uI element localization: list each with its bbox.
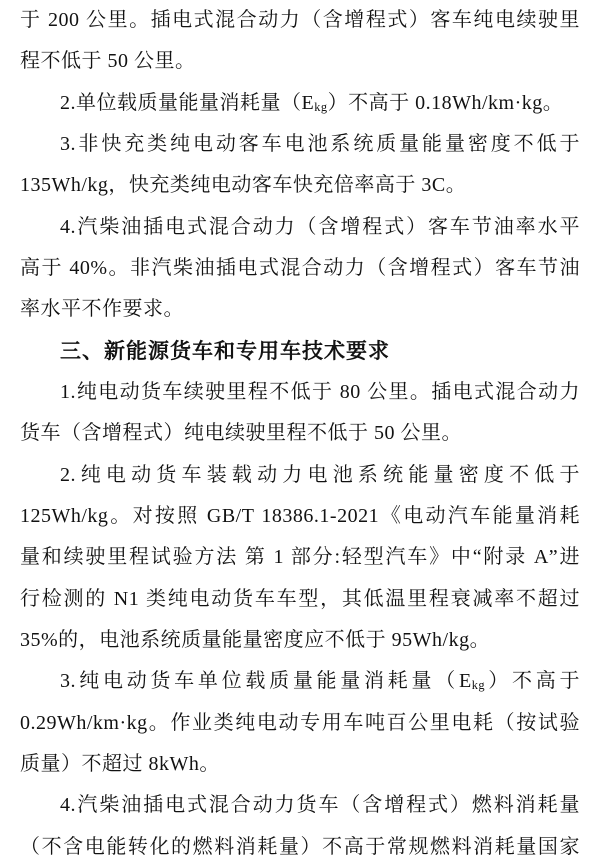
text-run: 行检测的 N1 类纯电动货车车型，其低温里程衰减率不超过	[20, 588, 580, 610]
text-run: 4.汽柴油插电式混合动力（含增程式）客车节油率水平	[60, 216, 580, 238]
text-line: 行检测的 N1 类纯电动货车车型，其低温里程衰减率不超过	[20, 579, 580, 620]
document-page: 于 200 公里。插电式混合动力（含增程式）客车纯电续驶里程不低于 50 公里。…	[0, 0, 600, 868]
text-line: 高于 40%。非汽柴油插电式混合动力（含增程式）客车节油	[20, 248, 580, 289]
text-line: 3.非快充类纯电动客车电池系统质量能量密度不低于	[20, 124, 580, 165]
text-line: 程不低于 50 公里。	[20, 41, 580, 82]
text-line: 4.汽柴油插电式混合动力货车（含增程式）燃料消耗量	[20, 785, 580, 826]
text-run: 程不低于 50 公里。	[20, 50, 196, 72]
text-run: 高于 40%。非汽柴油插电式混合动力（含增程式）客车节油	[20, 257, 580, 279]
text-line: 货车（含增程式）纯电续驶里程不低于 50 公里。	[20, 413, 580, 454]
text-run: 2.纯电动货车装载动力电池系统能量密度不低于	[60, 464, 580, 486]
text-run: 货车（含增程式）纯电续驶里程不低于 50 公里。	[20, 422, 462, 444]
text-run: （不含电能转化的燃料消耗量）不高于常规燃料消耗量国家	[20, 836, 580, 858]
text-line: 135Wh/kg，快充类纯电动客车快充倍率高于 3C。	[20, 165, 580, 206]
text-line: （不含电能转化的燃料消耗量）不高于常规燃料消耗量国家	[20, 827, 580, 868]
text-line: 2.单位载质量能量消耗量（Ekg）不高于 0.18Wh/km·kg。	[20, 83, 580, 124]
subscript-text-run: kg	[472, 678, 485, 692]
text-run: 率水平不作要求。	[20, 298, 184, 320]
text-run: 3.非快充类纯电动客车电池系统质量能量密度不低于	[60, 133, 580, 155]
text-run: 量和续驶里程试验方法 第 1 部分:轻型汽车》中“附录 A”进	[20, 546, 580, 568]
text-run: 1.纯电动货车续驶里程不低于 80 公里。插电式混合动力	[60, 381, 580, 403]
text-line: 量和续驶里程试验方法 第 1 部分:轻型汽车》中“附录 A”进	[20, 537, 580, 578]
document-body: 于 200 公里。插电式混合动力（含增程式）客车纯电续驶里程不低于 50 公里。…	[20, 0, 580, 868]
text-run: 4.汽柴油插电式混合动力货车（含增程式）燃料消耗量	[60, 794, 580, 816]
text-line: 0.29Wh/km·kg。作业类纯电动专用车吨百公里电耗（按试验	[20, 703, 580, 744]
text-line: 35%的，电池系统质量能量密度应不低于 95Wh/kg。	[20, 620, 580, 661]
text-line: 2.纯电动货车装载动力电池系统能量密度不低于	[20, 455, 580, 496]
text-run: 135Wh/kg，快充类纯电动客车快充倍率高于 3C。	[20, 174, 466, 196]
text-line: 质量）不超过 8kWh。	[20, 744, 580, 785]
text-line: 4.汽柴油插电式混合动力（含增程式）客车节油率水平	[20, 207, 580, 248]
text-line: 于 200 公里。插电式混合动力（含增程式）客车纯电续驶里	[20, 0, 580, 41]
subscript-text-run: kg	[314, 100, 327, 114]
text-run: 于 200 公里。插电式混合动力（含增程式）客车纯电续驶里	[20, 9, 580, 31]
text-run: ）不高于 0.18Wh/km·kg。	[328, 92, 564, 114]
text-run: ）不高于	[485, 670, 580, 692]
text-line: 1.纯电动货车续驶里程不低于 80 公里。插电式混合动力	[20, 372, 580, 413]
text-line: 125Wh/kg。对按照 GB/T 18386.1-2021《电动汽车能量消耗	[20, 496, 580, 537]
text-run: 质量）不超过 8kWh。	[20, 753, 220, 775]
text-run: 0.29Wh/km·kg。作业类纯电动专用车吨百公里电耗（按试验	[20, 712, 580, 734]
text-line: 率水平不作要求。	[20, 289, 580, 330]
text-run: 35%的，电池系统质量能量密度应不低于 95Wh/kg。	[20, 629, 490, 651]
text-run: 三、新能源货车和专用车技术要求	[60, 340, 390, 363]
text-run: 2.单位载质量能量消耗量（E	[60, 92, 314, 114]
section-heading: 三、新能源货车和专用车技术要求	[20, 331, 580, 372]
text-run: 3.纯电动货车单位载质量能量消耗量（E	[60, 670, 472, 692]
text-line: 3.纯电动货车单位载质量能量消耗量（Ekg）不高于	[20, 661, 580, 702]
text-run: 125Wh/kg。对按照 GB/T 18386.1-2021《电动汽车能量消耗	[20, 505, 580, 527]
